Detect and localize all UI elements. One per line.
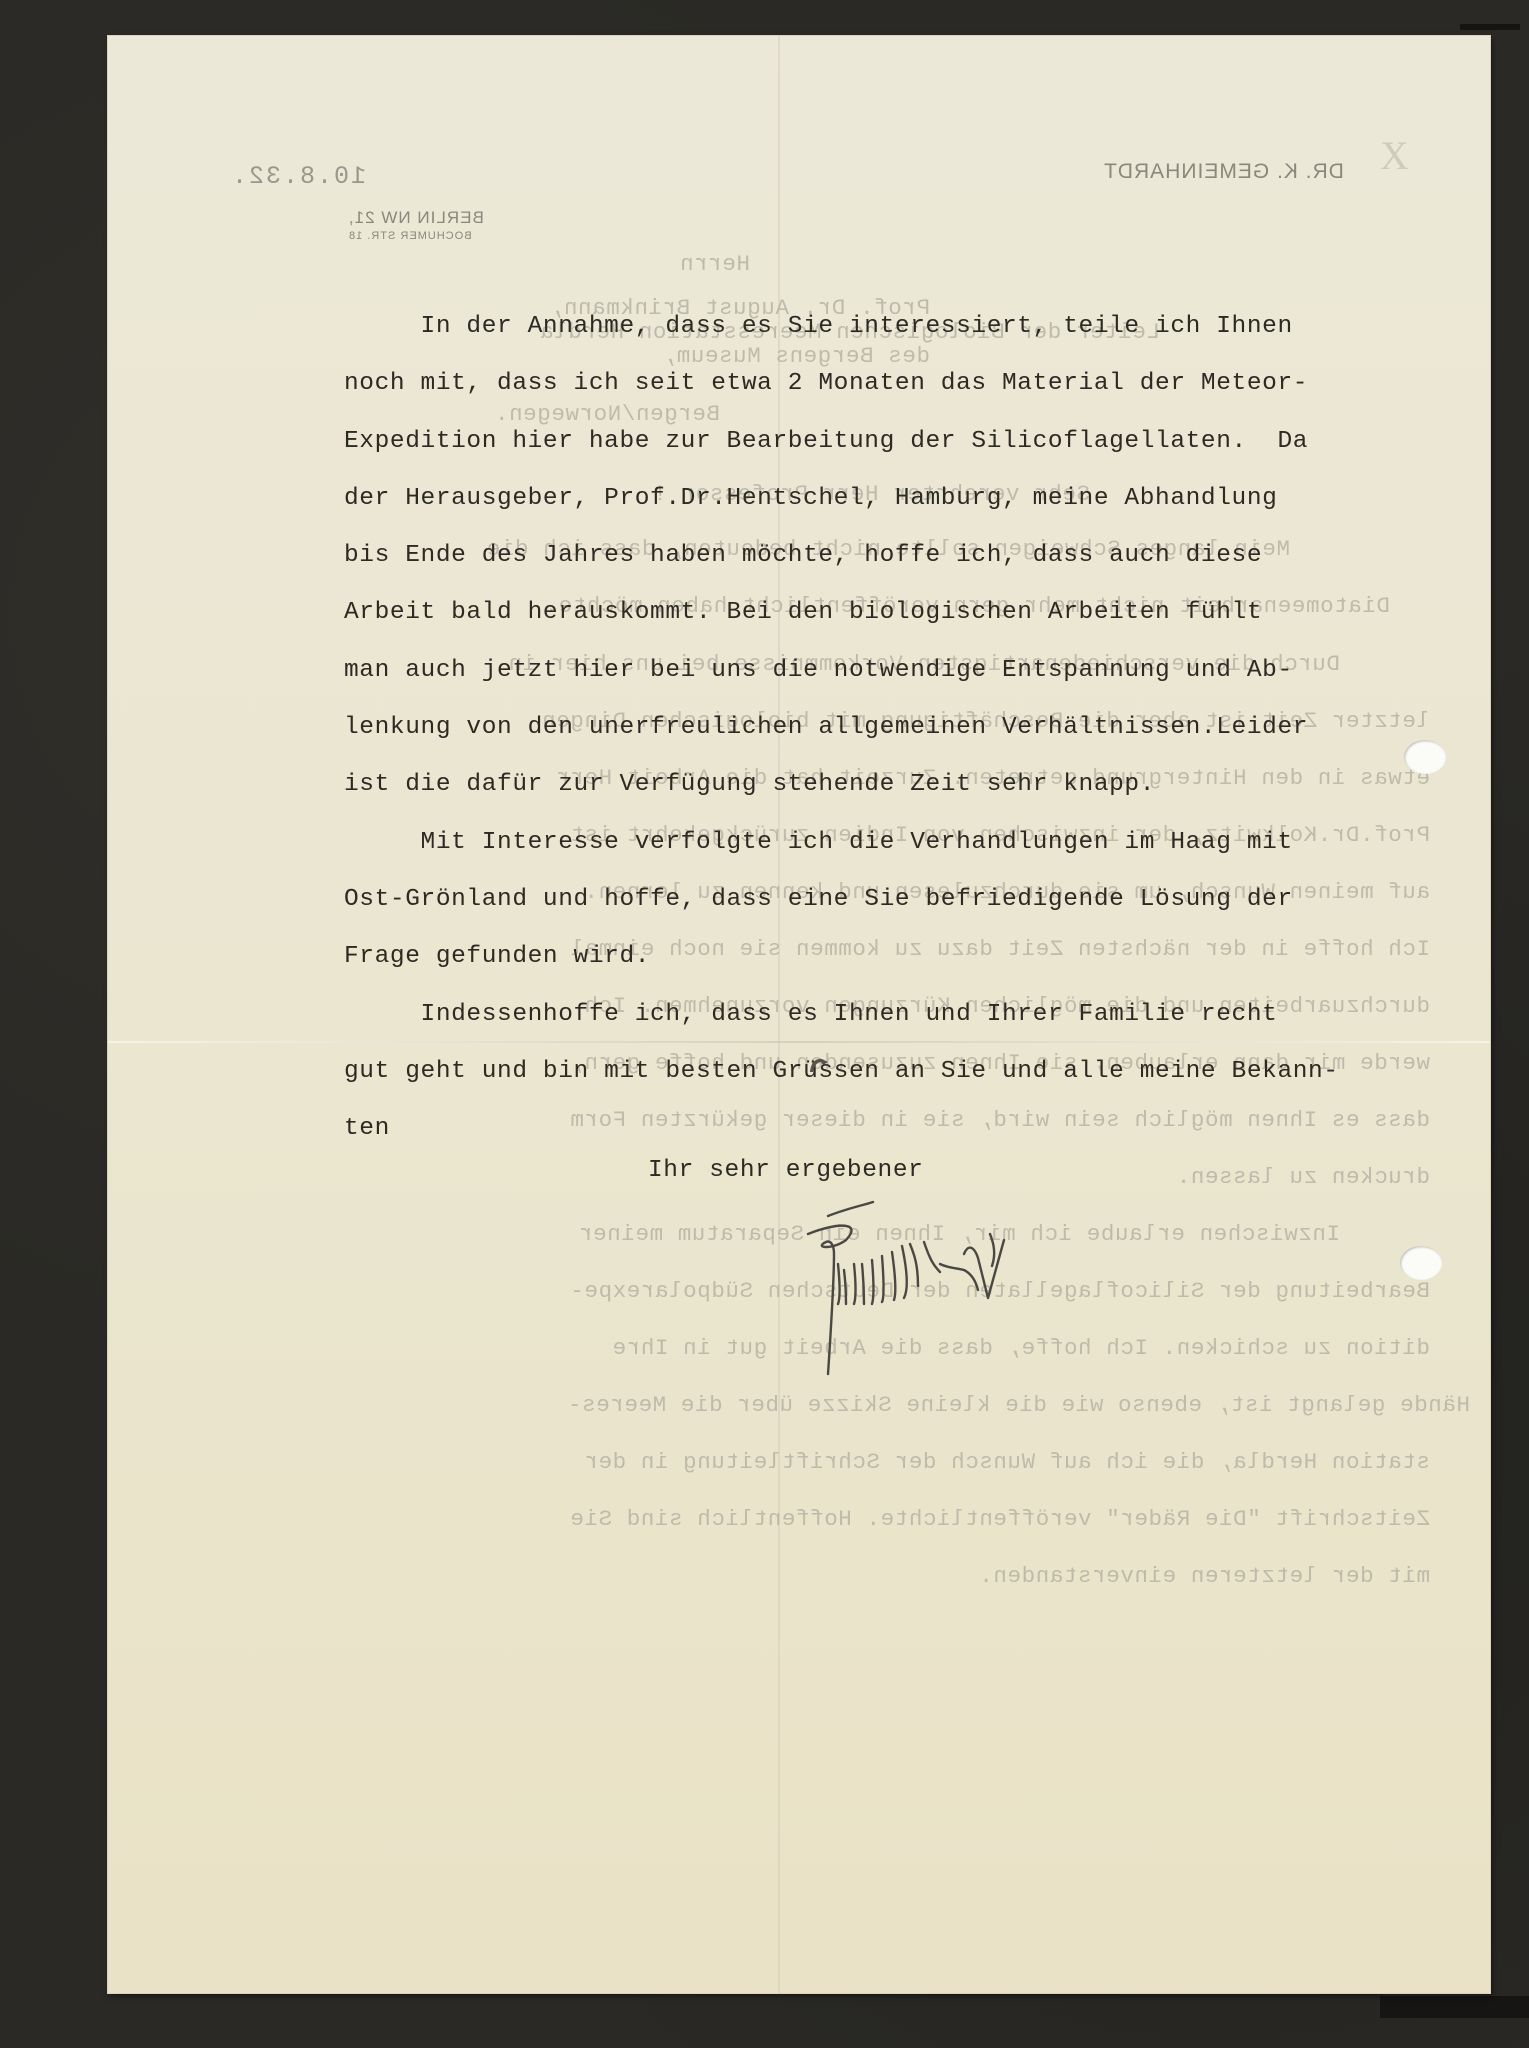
- letter-page: Herrn Prof. Dr. August Brinkmann, Leiter…: [108, 36, 1490, 1993]
- letter-closing: Ihr sehr ergebener: [648, 1157, 923, 1184]
- bleed-line: mit der letzteren einverstanden.: [979, 1548, 1430, 1605]
- bleed-line: drucken zu lassen.: [1176, 1149, 1430, 1206]
- ink-blot-icon: [808, 1056, 830, 1074]
- body-line: Indessenhoffe ich, dass es Ihnen und Ihr…: [344, 986, 1524, 1043]
- body-line: Mit Interesse verfolgte ich die Verhandl…: [344, 814, 1524, 871]
- body-line: bis Ende des Jahres haben möchte, hoffe …: [344, 527, 1524, 584]
- body-line: gut geht und bin mit besten Grüssen an S…: [344, 1043, 1524, 1100]
- body-line: Ost-Grönland und hoffe, dass eine Sie be…: [344, 871, 1524, 928]
- letter-date: 10.8.32.: [230, 162, 366, 191]
- body-line: noch mit, dass ich seit etwa 2 Monaten d…: [344, 355, 1524, 412]
- punch-hole: [1400, 1246, 1442, 1280]
- body-line: Arbeit bald herauskommt. Bei den biologi…: [344, 584, 1524, 641]
- body-line: man auch jetzt hier bei uns die notwendi…: [344, 642, 1524, 699]
- body-line: lenkung von den unerfreulichen allgemein…: [344, 699, 1524, 756]
- bleed-line: Zeitschrift "Die Räder" veröffentlichte.…: [570, 1491, 1430, 1548]
- bleed-line: station Herdla, die ich auf Wunsch der S…: [584, 1434, 1430, 1491]
- body-line: ten: [344, 1100, 1524, 1157]
- mount-tape-bottom: [1380, 1996, 1529, 2018]
- letterhead-city: BERLIN NW 21,: [348, 208, 484, 227]
- body-line: In der Annahme, dass es Sie interessiert…: [344, 298, 1524, 355]
- letterhead-sender-name: DR. K. GEMEINHARDT: [1103, 160, 1344, 184]
- letterhead-street: BOCHUMER STR. 18: [348, 227, 484, 246]
- body-line: Frage gefunden wird.: [344, 928, 1524, 985]
- handwritten-signature-icon: [768, 1194, 1108, 1384]
- body-line: der Herausgeber, Prof.Dr.Hentschel, Hamb…: [344, 470, 1524, 527]
- punch-hole: [1404, 740, 1446, 774]
- pencil-annotation: X: [1380, 132, 1409, 179]
- mount-tape-top: [1460, 24, 1520, 30]
- letter-body: In der Annahme, dass es Sie interessiert…: [344, 298, 1524, 1157]
- body-line: ist die dafür zur Verfügung stehende Zei…: [344, 756, 1524, 813]
- letterhead-address: BERLIN NW 21, BOCHUMER STR. 18: [348, 208, 484, 246]
- body-line: Expedition hier habe zur Bearbeitung der…: [344, 413, 1524, 470]
- bleed-line: Hände gelangt ist, ebenso wie die kleine…: [567, 1377, 1470, 1434]
